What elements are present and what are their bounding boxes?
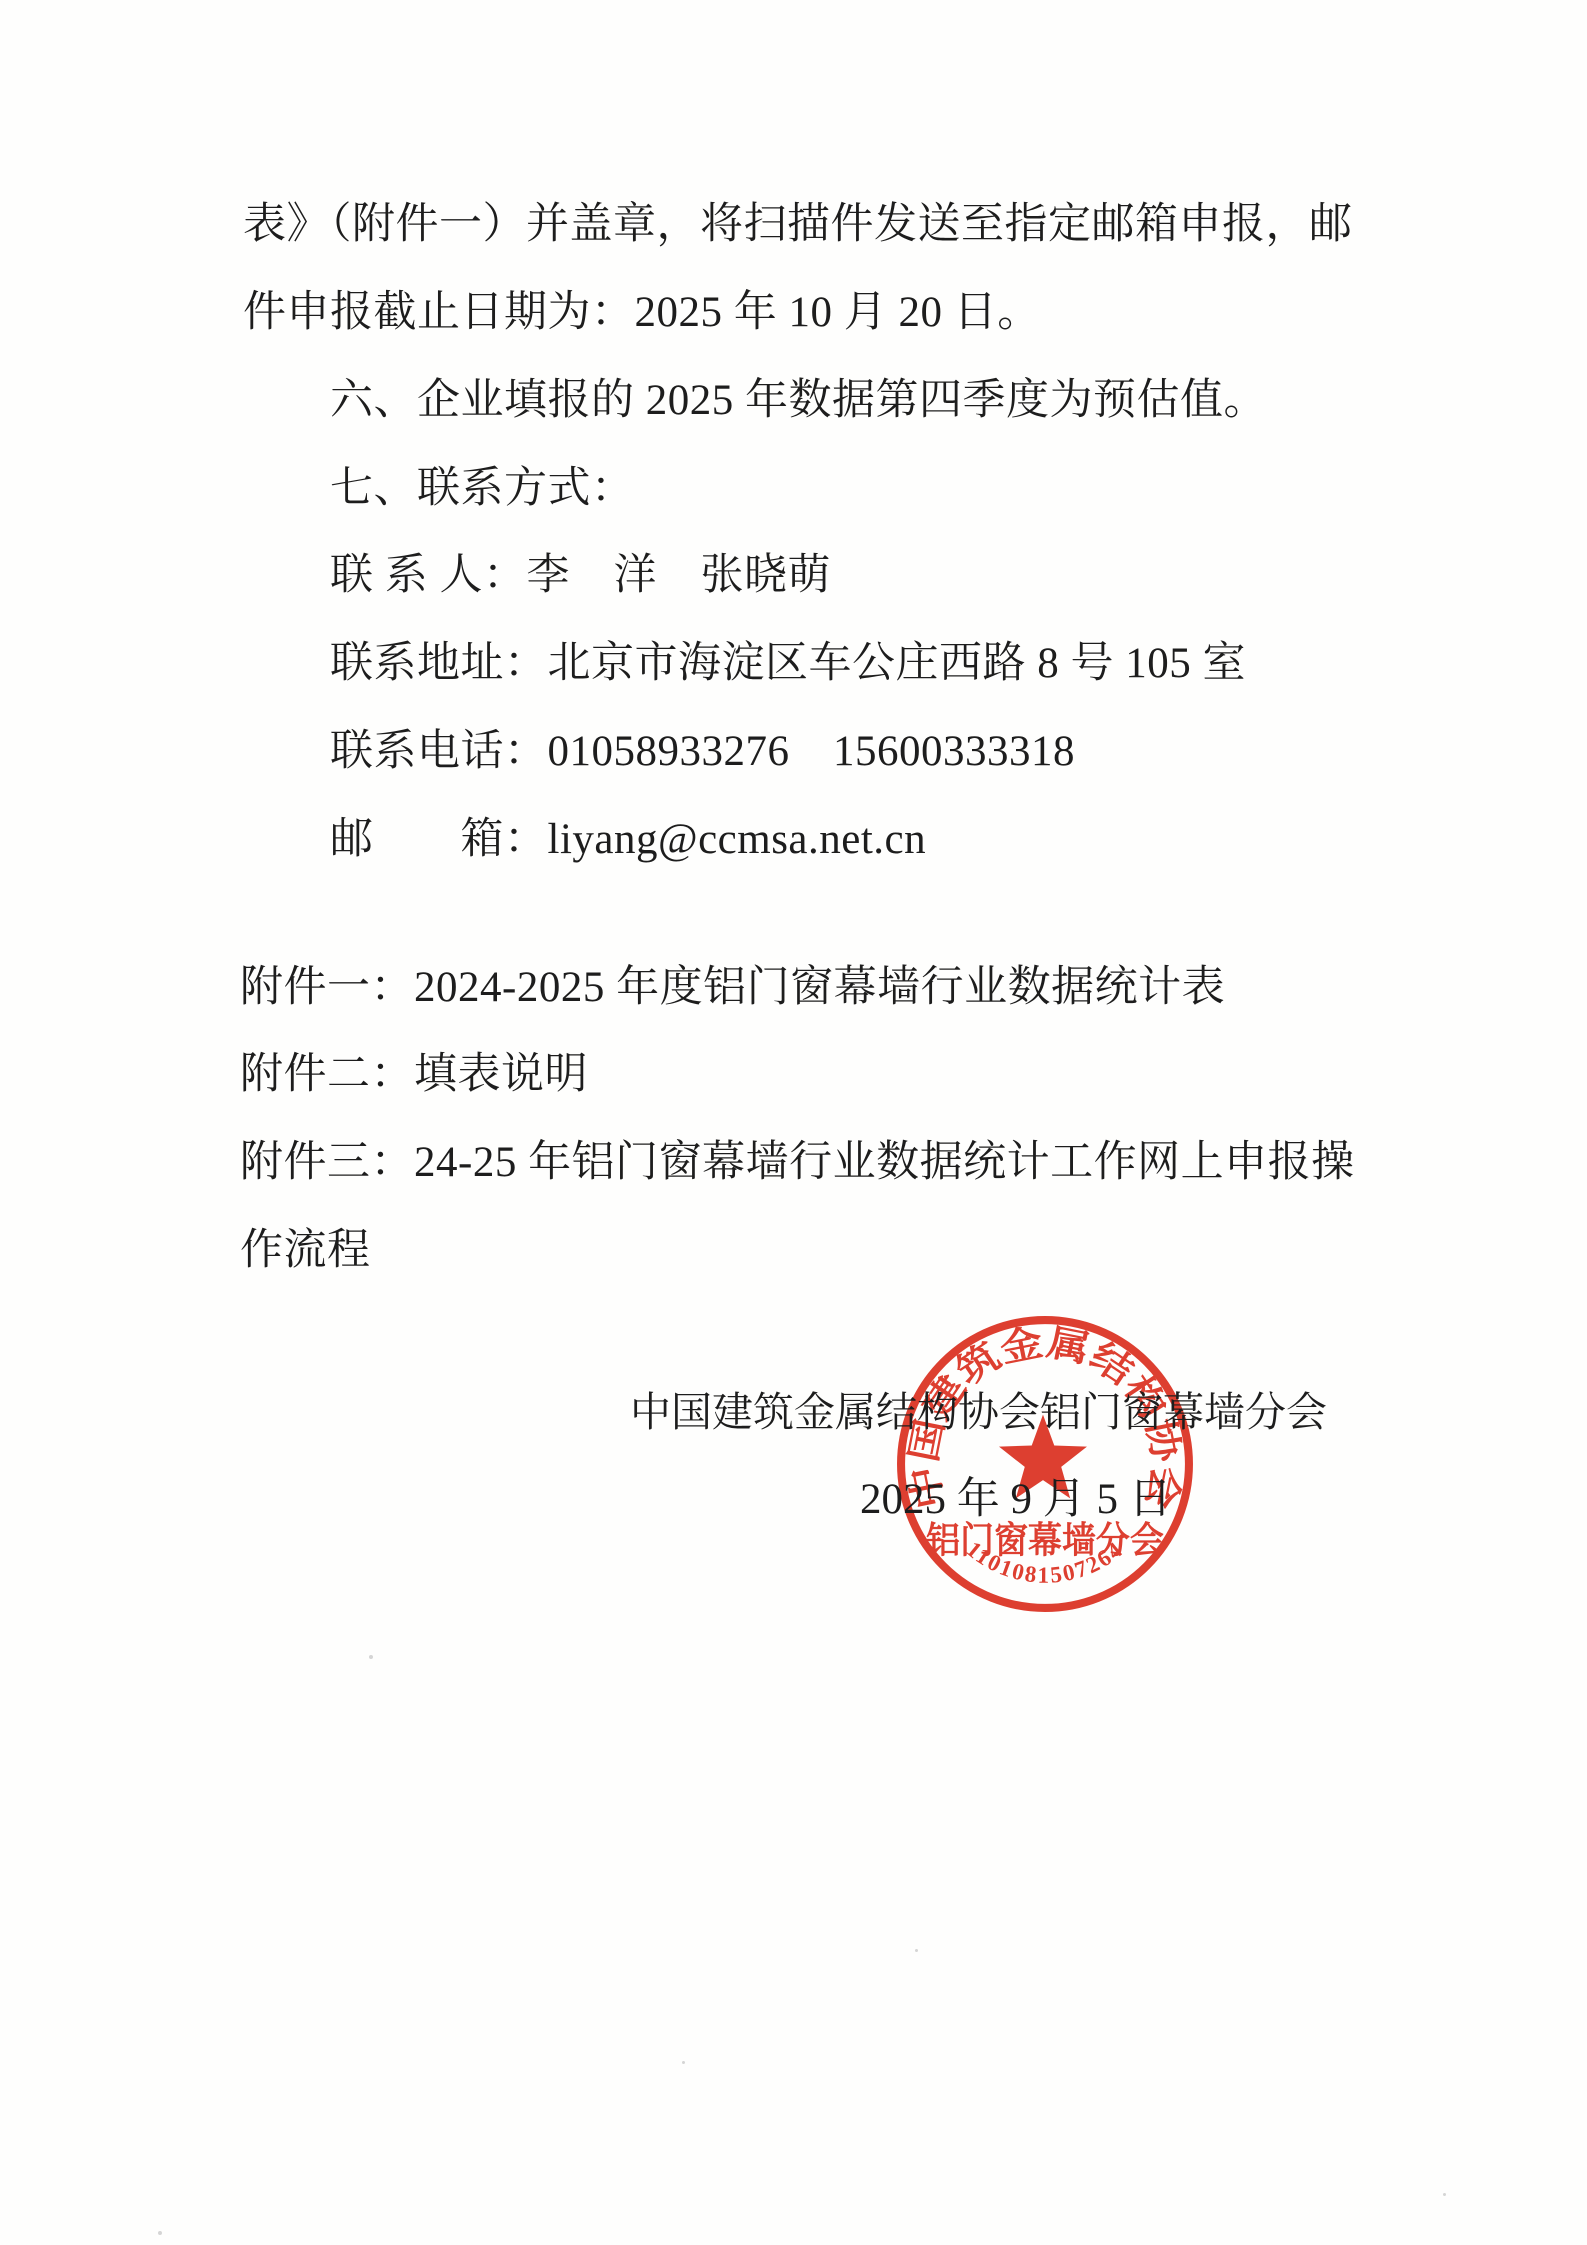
scan-speck bbox=[1443, 2193, 1446, 2196]
seal-branch-text: 铝门窗幕墙分会 bbox=[926, 1520, 1164, 1561]
contact-phone-line: 联系电话：01058933276 15600333318 bbox=[330, 729, 1075, 774]
attachment-line: 附件一：2024-2025 年度铝门窗幕墙行业数据统计表 bbox=[240, 965, 1225, 1010]
attachment-line: 附件二：填表说明 bbox=[240, 1052, 588, 1097]
attachment-line: 作流程 bbox=[240, 1228, 371, 1273]
document-page: 表》（附件一）并盖章，将扫描件发送至指定邮箱申报，邮 件申报截止日期为：2025… bbox=[0, 0, 1587, 2245]
contact-email-line: 邮 箱：liyang@ccmsa.net.cn bbox=[330, 817, 926, 862]
attachment-line: 附件三：24-25 年铝门窗幕墙行业数据统计工作网上申报操 bbox=[240, 1140, 1355, 1185]
body-line: 件申报截止日期为：2025 年 10 月 20 日。 bbox=[243, 290, 1041, 335]
official-seal: 中国建筑金属结构协会 铝门窗幕墙分会 1101081507264 bbox=[894, 1313, 1196, 1615]
body-line: 六、企业填报的 2025 年数据第四季度为预估值。 bbox=[330, 378, 1267, 423]
scan-speck bbox=[158, 2231, 162, 2235]
scan-speck bbox=[682, 2061, 685, 2064]
signature-org: 中国建筑金属结构协会铝门窗幕墙分会 bbox=[630, 1391, 1327, 1434]
body-line: 表》（附件一）并盖章，将扫描件发送至指定邮箱申报，邮 bbox=[243, 202, 1353, 247]
scan-speck bbox=[915, 1949, 918, 1952]
contact-address-line: 联系地址：北京市海淀区车公庄西路 8 号 105 室 bbox=[330, 641, 1246, 686]
contact-person-line: 联 系 人：李 洋 张晓萌 bbox=[330, 553, 831, 598]
body-line: 七、联系方式： bbox=[330, 466, 635, 511]
scan-speck bbox=[369, 1655, 373, 1659]
official-seal-graphic: 中国建筑金属结构协会 铝门窗幕墙分会 1101081507264 bbox=[894, 1313, 1196, 1615]
signature-date: 2025 年 9 月 5 日 bbox=[860, 1477, 1172, 1522]
